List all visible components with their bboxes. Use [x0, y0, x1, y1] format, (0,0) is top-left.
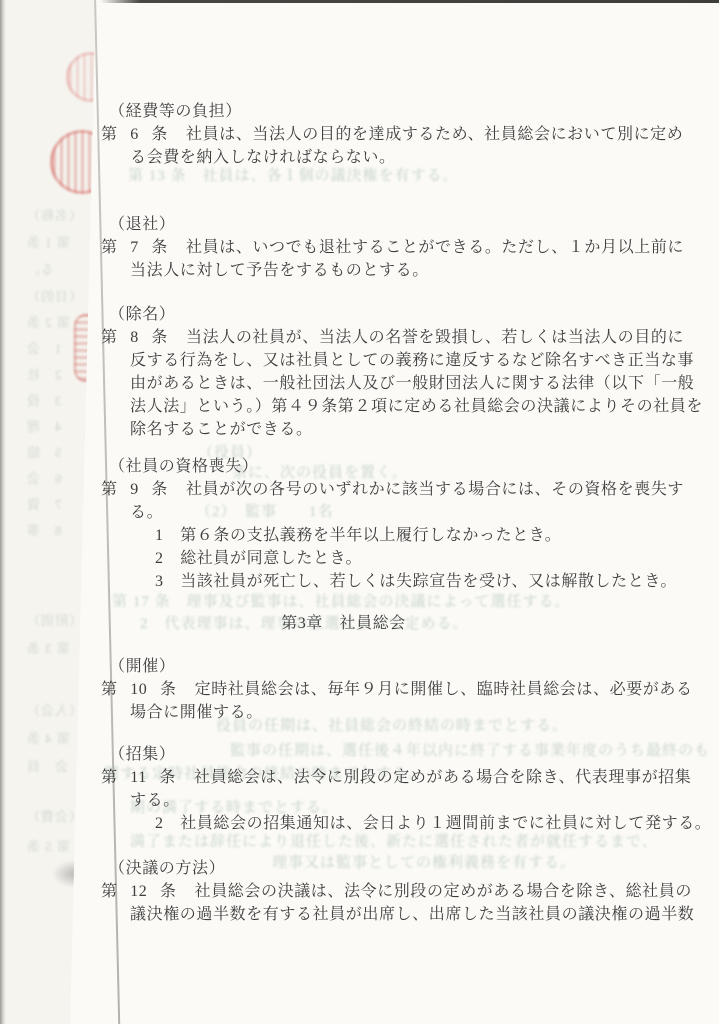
margin-bleedthrough-text: 第 5 条	[26, 836, 70, 855]
article-section: （社員の資格喪失）第 9 条社員が次の各号のいずれかに該当する場合には、その資格…	[101, 455, 701, 593]
article-number: 第 6 条	[101, 126, 168, 143]
margin-bleedthrough-text: る。	[26, 259, 54, 278]
chapter-heading: 第3章 社員総会	[101, 612, 701, 635]
article-line: 第 10 条定時社員総会は、毎年９月に開催し、臨時社員総会は、必要がある	[101, 678, 701, 701]
margin-bleedthrough-text: 2 社	[26, 364, 62, 383]
margin-bleedthrough-text: 4 理	[26, 416, 62, 435]
red-seal-stamp	[66, 52, 116, 102]
article-heading: （経費等の負担）	[101, 100, 701, 123]
article-line: 第 12 条社員総会の決議は、法令に別段の定めがある場合を除き、総社員の	[101, 880, 701, 903]
article-section: （開催）第 10 条定時社員総会は、毎年９月に開催し、臨時社員総会は、必要がある…	[101, 655, 701, 724]
article-text: 社員は、いつでも退社することができる。ただし、１か月以上前に	[186, 239, 684, 256]
margin-bleedthrough-text: （入会）	[26, 700, 82, 719]
margin-bleedthrough-text: （附則）	[26, 610, 82, 629]
article-line: 第 8 条当法人の社員が、当法人の名誉を毀損し、若しくは当法人の目的に	[101, 326, 701, 349]
article-section: （決議の方法）第 12 条社員総会の決議は、法令に別段の定めがある場合を除き、総…	[101, 857, 701, 926]
article-line: 除名することができる。	[101, 418, 701, 441]
article-text: 社員が次の各号のいずれかに該当する場合には、その資格を喪失す	[186, 481, 684, 498]
article-line: 当法人に対して予告をするものとする。	[101, 259, 701, 282]
margin-bleedthrough-text: 3 役	[26, 390, 62, 409]
article-heading: （決議の方法）	[101, 857, 701, 880]
article-number: 第 11 条	[101, 769, 176, 786]
article-number: 第 8 条	[101, 329, 168, 346]
article-number: 第 12 条	[101, 883, 177, 900]
article-line: 由があるときは、一般社団法人及び一般財団法人に関する法律（以下「一般	[101, 372, 701, 395]
article-heading: （社員の資格喪失）	[101, 455, 701, 478]
article-line: 反する行為をし、又は社員としての義務に違反するなど除名すべき正当な事	[101, 349, 701, 372]
margin-bleedthrough-text: 第 1 条	[26, 232, 70, 251]
margin-bleedthrough-text: （名称）	[26, 205, 82, 224]
scan-edge-top	[100, 0, 719, 3]
article-text: 当法人の社員が、当法人の名誉を毀損し、若しくは当法人の目的に	[186, 329, 684, 346]
article-line: 法人法」という。）第４９条第２項に定める社員総会の決議によりその社員を	[101, 395, 701, 418]
article-text: 社員は、当法人の目的を達成するため、社員総会において別に定め	[186, 126, 683, 143]
article-line: 場合に開催する。	[101, 701, 701, 724]
article-section: （除名）第 8 条当法人の社員が、当法人の名誉を毀損し、若しくは当法人の目的に反…	[101, 303, 701, 441]
article-text: 社員総会は、法令に別段の定めがある場合を除き、代表理事が招集	[194, 769, 691, 786]
margin-bleedthrough-text: 1 会	[26, 338, 62, 357]
article-heading: （招集）	[101, 743, 701, 766]
article-line: る。	[101, 501, 701, 524]
article-text: 社員総会の決議は、法令に別段の定めがある場合を除き、総社員の	[195, 883, 692, 900]
margin-bleedthrough-text: 7 資	[26, 494, 62, 513]
margin-bleedthrough-text: 6 会	[26, 468, 62, 487]
margin-bleedthrough-text: （会費）	[26, 806, 82, 825]
article-line: する。	[101, 789, 701, 812]
article-item: 2 総社員が同意したとき。	[101, 547, 701, 570]
article-heading: （除名）	[101, 303, 701, 326]
article-line: 第 7 条社員は、いつでも退社することができる。ただし、１か月以上前に	[101, 236, 701, 259]
article-line: 第 6 条社員は、当法人の目的を達成するため、社員総会において別に定め	[101, 123, 701, 146]
scan-edge-left	[0, 0, 6, 1024]
article-item: 2 社員総会の招集通知は、会日より１週間前までに社員に対して発する。	[101, 812, 701, 835]
ink-smudge	[52, 860, 100, 888]
article-item: 3 当該社員が死亡し、若しくは失踪宣告を受け、又は解散したとき。	[101, 570, 701, 593]
margin-bleedthrough-text: （目的）	[26, 286, 82, 305]
article-number: 第 10 条	[101, 681, 177, 698]
article-heading: （開催）	[101, 655, 701, 678]
scanned-document-page: （名称）第 1 条る。（目的）第 2 条1 会2 社3 役4 理5 総6 会7 …	[0, 0, 719, 1024]
article-line: 第 9 条社員が次の各号のいずれかに該当する場合には、その資格を喪失す	[101, 478, 701, 501]
article-line: 第 11 条社員総会は、法令に別段の定めがある場合を除き、代表理事が招集	[101, 766, 701, 789]
article-line: る会費を納入しなければならない。	[101, 146, 701, 169]
margin-bleedthrough-text: 会 員	[26, 756, 68, 775]
binding-edge: （名称）第 1 条る。（目的）第 2 条1 会2 社3 役4 理5 総6 会7 …	[0, 0, 96, 1024]
margin-bleedthrough-text: 5 総	[26, 442, 62, 461]
article-section: （招集）第 11 条社員総会は、法令に別段の定めがある場合を除き、代表理事が招集…	[101, 743, 701, 835]
article-heading: （退社）	[101, 213, 701, 236]
margin-bleedthrough-text: 第 2 条	[26, 312, 70, 331]
article-text: 定時社員総会は、毎年９月に開催し、臨時社員総会は、必要がある	[195, 681, 693, 698]
margin-bleedthrough-text: 第 3 条	[26, 638, 70, 657]
article-item: 1 第６条の支払義務を半年以上履行しなかったとき。	[101, 524, 701, 547]
margin-bleedthrough-text: 第 4 条	[26, 728, 70, 747]
article-section: （退社）第 7 条社員は、いつでも退社することができる。ただし、１か月以上前に当…	[101, 213, 701, 282]
article-number: 第 9 条	[101, 481, 168, 498]
article-section: （経費等の負担）第 6 条社員は、当法人の目的を達成するため、社員総会において別…	[101, 100, 701, 169]
article-number: 第 7 条	[101, 239, 168, 256]
margin-bleedthrough-text: 8 事	[26, 520, 62, 539]
document-body: （経費等の負担）第 6 条社員は、当法人の目的を達成するため、社員総会において別…	[101, 100, 701, 926]
article-line: 議決権の過半数を有する社員が出席し、出席した当該社員の議決権の過半数	[101, 903, 701, 926]
